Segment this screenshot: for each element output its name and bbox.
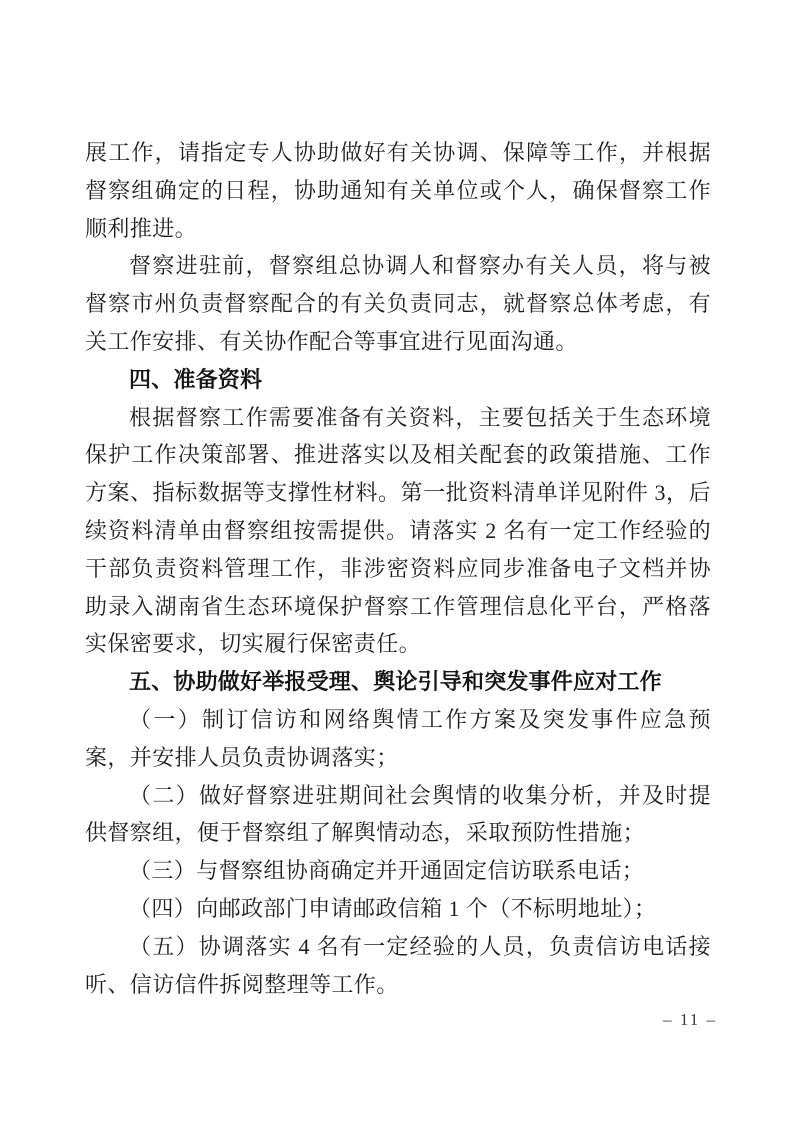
document-body: 展工作，请指定专人协助做好有关协调、保障等工作，并根据督察组确定的日程，协助通知…: [85, 134, 711, 1003]
paragraph-pre-inspection-meeting: 督察进驻前，督察组总协调人和督察办有关人员，将与被督察市州负责督察配合的有关负责…: [85, 247, 711, 360]
list-item-3: （三）与督察组协商确定并开通固定信访联系电话；: [85, 852, 711, 890]
section-heading-4-prepare-materials: 四、准备资料: [85, 361, 711, 399]
list-item-5: （五）协调落实 4 名有一定经验的人员，负责信访电话接听、信访信件拆阅整理等工作…: [85, 928, 711, 1004]
list-item-2: （二）做好督察进驻期间社会舆情的收集分析，并及时提供督察组，便于督察组了解舆情动…: [85, 777, 711, 853]
paragraph-materials-requirements: 根据督察工作需要准备有关资料，主要包括关于生态环境保护工作决策部署、推进落实以及…: [85, 399, 711, 664]
page-number: – 11 –: [663, 1009, 717, 1031]
paragraph-continuation: 展工作，请指定专人协助做好有关协调、保障等工作，并根据督察组确定的日程，协助通知…: [85, 134, 711, 247]
document-page: 展工作，请指定专人协助做好有关协调、保障等工作，并根据督察组确定的日程，协助通知…: [0, 0, 793, 1122]
list-item-1: （一）制订信访和网络舆情工作方案及突发事件应急预案，并安排人员负责协调落实；: [85, 701, 711, 777]
list-item-4: （四）向邮政部门申请邮政信箱 1 个（不标明地址）；: [85, 890, 711, 928]
section-heading-5-reports-and-public-opinion: 五、协助做好举报受理、舆论引导和突发事件应对工作: [85, 663, 711, 701]
